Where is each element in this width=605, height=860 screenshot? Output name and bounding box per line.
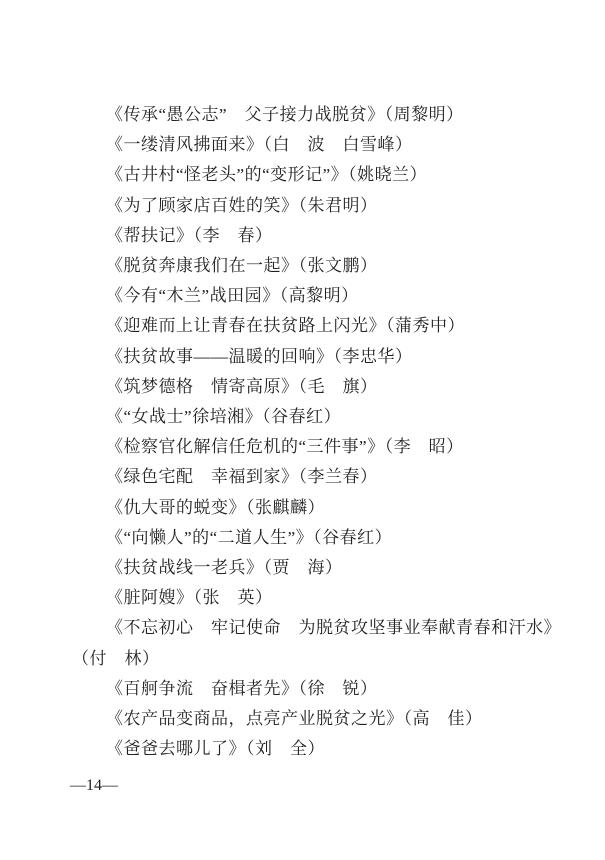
document-line: 《为了顾家店百姓的笑》（朱君明）	[72, 191, 557, 221]
document-line: 《绿色宅配 幸福到家》（李兰春）	[72, 462, 557, 492]
document-line: 《帮扶记》（李 春）	[72, 221, 557, 251]
document-line: 《古井村“怪老头”的“变形记”》（姚晓兰）	[72, 160, 557, 190]
document-line: 《“向懒人”的“二道人生”》（谷春红）	[72, 523, 557, 553]
page-number: —14—	[70, 777, 118, 795]
document-page: 《传承“愚公志” 父子接力战脱贫》（周黎明） 《一缕清风拂面来》（白 波 白雪峰…	[0, 0, 605, 860]
document-line: 《检察官化解信任危机的“三件事”》（李 昭）	[72, 432, 557, 462]
document-line: 《迎难而上让青春在扶贫路上闪光》（蒲秀中）	[72, 311, 557, 341]
document-line: 《脏阿嫂》（张 英）	[72, 583, 557, 613]
document-line: 《农产品变商品，点亮产业脱贫之光》（高 佳）	[72, 704, 557, 734]
document-line: 《脱贫奔康我们在一起》（张文鹏）	[72, 251, 557, 281]
document-line: 《扶贫战线一老兵》（贾 海）	[72, 553, 557, 583]
document-line: 《今有“木兰”战田园》（高黎明）	[72, 281, 557, 311]
document-line: 《传承“愚公志” 父子接力战脱贫》（周黎明）	[72, 100, 557, 130]
document-line: 《百舸争流 奋楫者先》（徐 锐）	[72, 674, 557, 704]
document-line: 《不忘初心 牢记使命 为脱贫攻坚事业奉献青春和汗水》	[72, 613, 557, 643]
document-line: 《爸爸去哪儿了》（刘 全）	[72, 734, 557, 764]
document-line: 《扶贫故事——温暖的回响》（李忠华）	[72, 342, 557, 372]
document-line: 《筑梦德格 情寄高原》（毛 旗）	[72, 372, 557, 402]
document-line: 《“女战士”徐培湘》（谷春红）	[72, 402, 557, 432]
document-line: 《仇大哥的蜕变》（张麒麟）	[72, 493, 557, 523]
document-line-wrapped: （付 林）	[72, 644, 557, 674]
document-line: 《一缕清风拂面来》（白 波 白雪峰）	[72, 130, 557, 160]
document-body: 《传承“愚公志” 父子接力战脱贫》（周黎明） 《一缕清风拂面来》（白 波 白雪峰…	[72, 100, 557, 764]
